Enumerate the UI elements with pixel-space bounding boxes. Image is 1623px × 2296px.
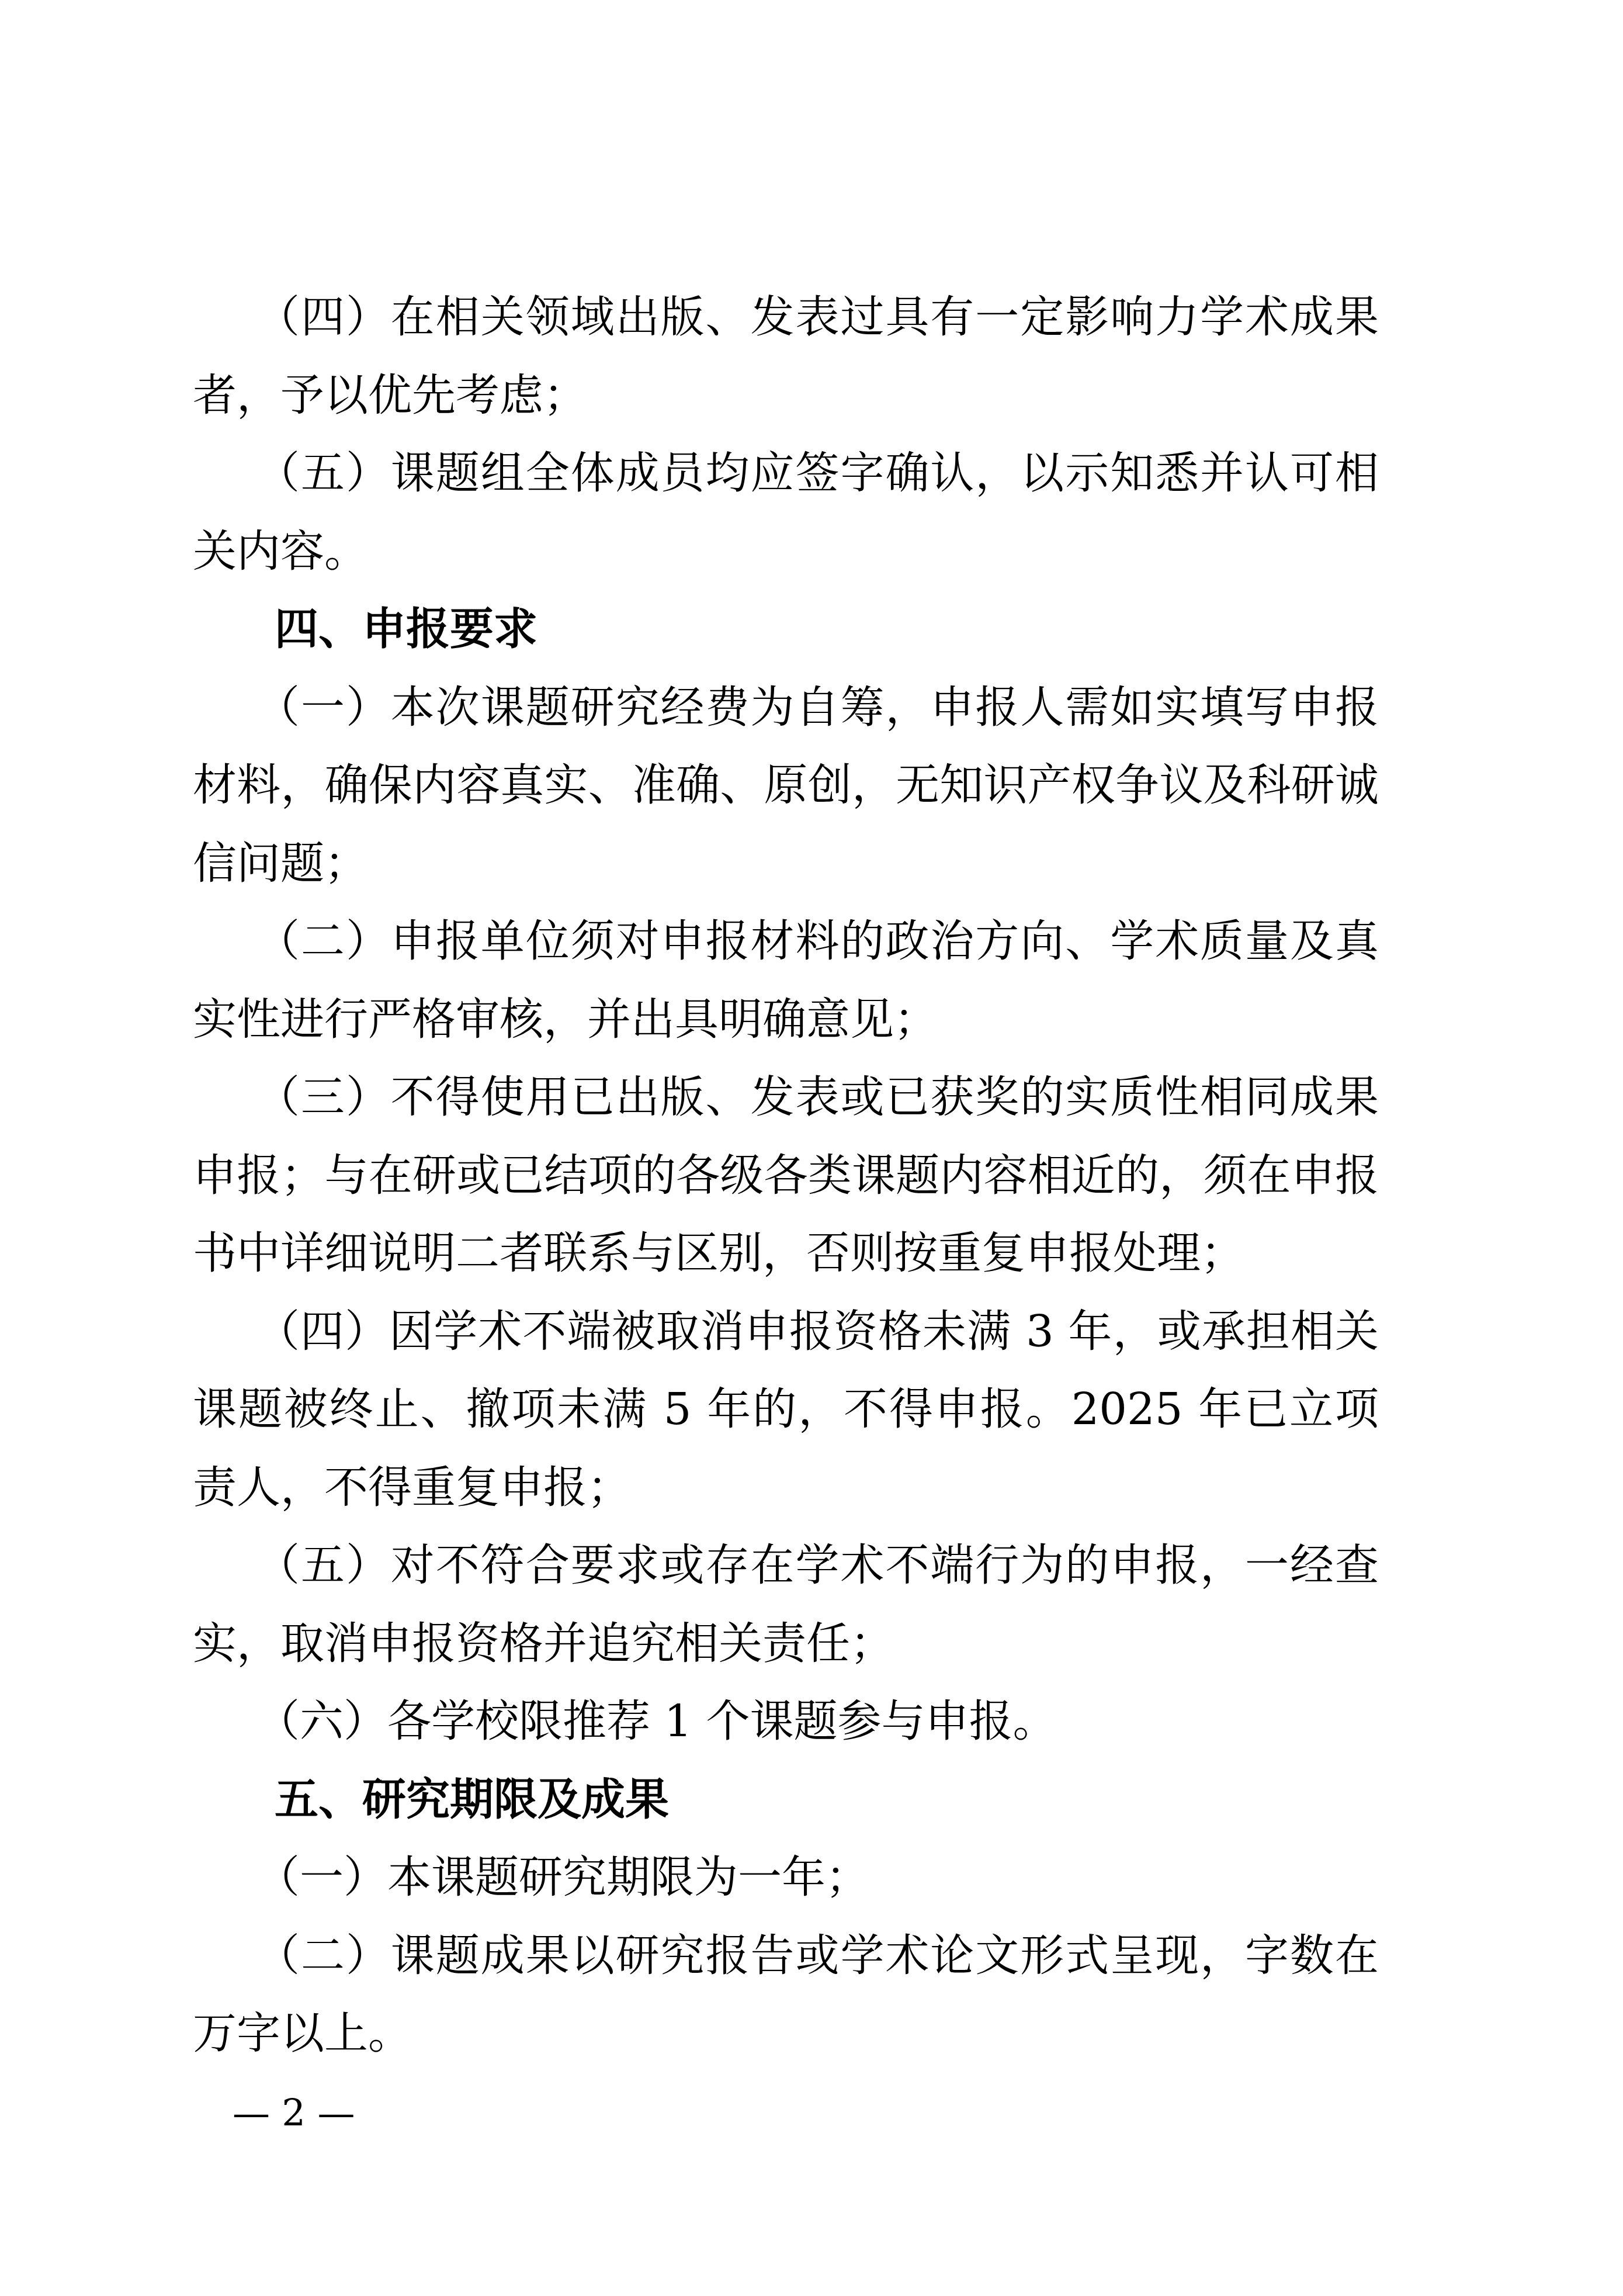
text-line: （五）对不符合要求或存在学术不端行为的申报，一经查 — [193, 1526, 1379, 1605]
section-heading-application-requirements: 四、申报要求 — [193, 590, 1379, 669]
text-line: （四）因学术不端被取消申报资格未满 3 年，或承担相关 — [193, 1293, 1379, 1371]
text-line: 实，取消申报资格并追究相关责任； — [193, 1605, 1379, 1683]
text-line: 申报；与在研或已结项的各级各类课题内容相近的，须在申报 — [193, 1137, 1379, 1215]
document-page: （四）在相关领域出版、发表过具有一定影响力学术成果 者，予以优先考虑； （五）课… — [0, 0, 1623, 2296]
section-heading-research-period: 五、研究期限及成果 — [193, 1761, 1379, 1839]
text-line: （一）本次课题研究经费为自筹，申报人需如实填写申报 — [193, 669, 1379, 747]
text-line: 者，予以优先考虑； — [193, 356, 1379, 435]
text-line: （一）本课题研究期限为一年； — [193, 1838, 1379, 1917]
text-line: （六）各学校限推荐 1 个课题参与申报。 — [193, 1682, 1379, 1761]
text-line: （四）在相关领域出版、发表过具有一定影响力学术成果 — [193, 278, 1379, 356]
text-line: 信问题； — [193, 825, 1379, 903]
text-line: （三）不得使用已出版、发表或已获奖的实质性相同成果 — [193, 1058, 1379, 1137]
text-line: 责人，不得重复申报； — [193, 1449, 1379, 1527]
text-line: （五）课题组全体成员均应签字确认，以示知悉并认可相 — [193, 434, 1379, 512]
text-line: 材料，确保内容真实、准确、原创，无知识产权争议及科研诚 — [193, 746, 1379, 825]
document-body: （四）在相关领域出版、发表过具有一定影响力学术成果 者，予以优先考虑； （五）课… — [193, 278, 1379, 2073]
text-line: 课题被终止、撤项未满 5 年的，不得申报。2025 年已立项的负 — [193, 1370, 1379, 1449]
text-line: 实性进行严格审核，并出具明确意见； — [193, 981, 1379, 1059]
page-number: — 2 — — [233, 2093, 355, 2134]
text-line: （二）申报单位须对申报材料的政治方向、学术质量及真 — [193, 902, 1379, 981]
text-line: （二）课题成果以研究报告或学术论文形式呈现，字数在 1 — [193, 1917, 1379, 1995]
text-line: 书中详细说明二者联系与区别，否则按重复申报处理； — [193, 1214, 1379, 1293]
text-line: 关内容。 — [193, 512, 1379, 591]
text-line: 万字以上。 — [193, 1994, 1379, 2073]
